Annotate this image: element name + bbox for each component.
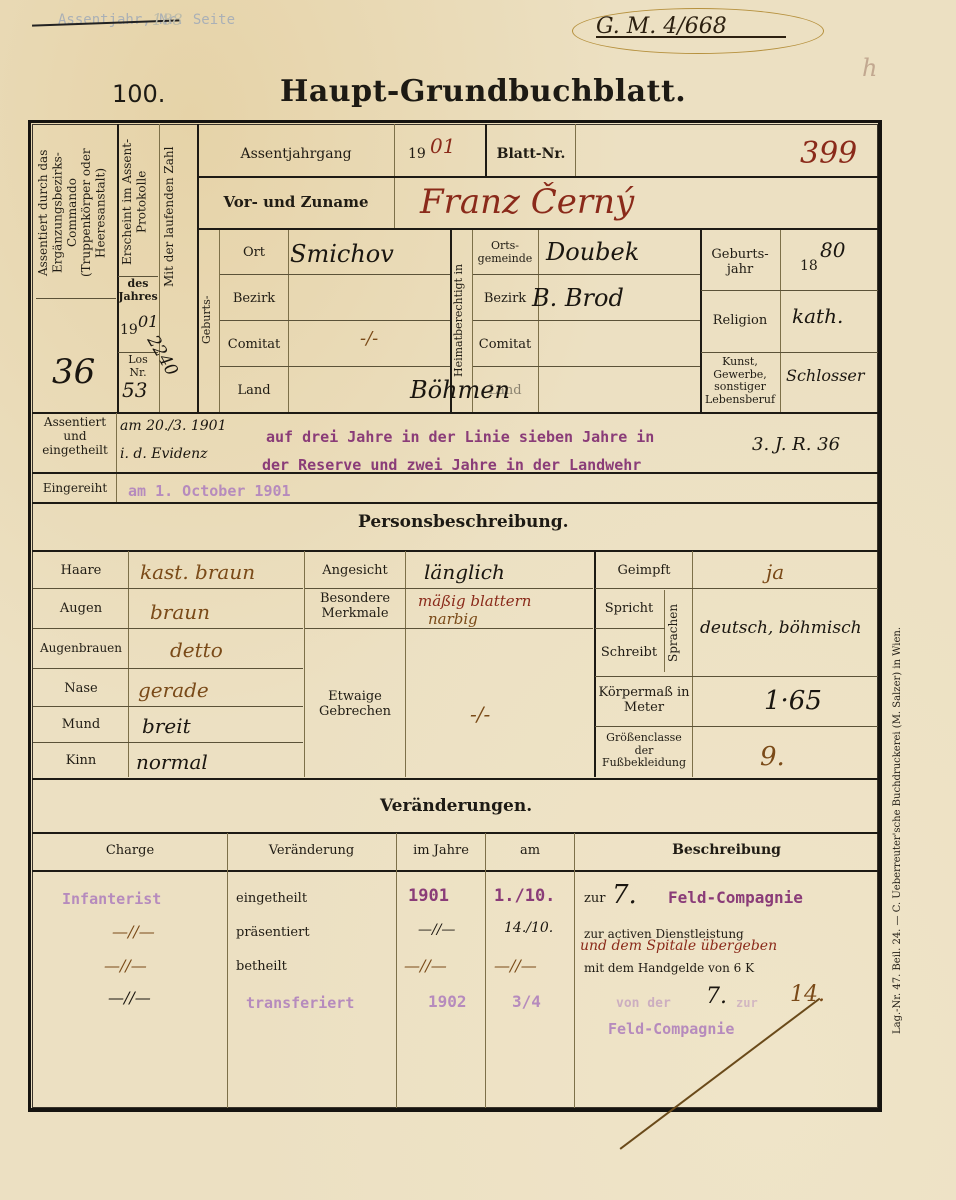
merkmale-value-line2: narbig <box>428 610 478 628</box>
assentiert-handwritten-line2: i. d. Evidenz <box>120 446 208 462</box>
groessenclasse-value: 9. <box>760 742 785 772</box>
des-jahres-label: des Jahres <box>118 278 158 303</box>
row3-beschreibung-prefix: mit dem Handgelde von 6 K <box>584 962 754 976</box>
printer-imprint: Lag.-Nr. 47. Beil. 24. — C. Ueberreuter'… <box>892 610 912 1050</box>
augenbrauen-value: detto <box>170 638 223 662</box>
augen-label: Augen <box>34 602 128 617</box>
eingereiht-label: Eingereiht <box>34 482 116 496</box>
des-jahres-value: 01 <box>138 312 158 331</box>
geburtsjahr-label: Geburts-jahr <box>702 248 778 278</box>
row4-beschreibung-hand: 7. <box>706 984 727 1009</box>
assentiert-handwritten-line1: am 20./3. 1901 <box>120 418 227 434</box>
angesicht-label: Angesicht <box>306 564 404 579</box>
assentjahrgang-value: 01 <box>430 134 455 158</box>
service-stamp-line1: auf drei Jahre in der Linie sieben Jahre… <box>266 428 654 446</box>
heimat-bezirk-value: B. Brod <box>532 284 624 312</box>
los-nr-value: 53 <box>122 378 147 402</box>
birth-comitat-value: -/- <box>360 328 378 349</box>
religion-label: Religion <box>702 314 778 329</box>
land-value: Böhmen <box>410 376 510 404</box>
heimat-comitat-label: Comitat <box>474 338 536 353</box>
merkmale-value-line1: mäßig blattern <box>418 592 531 610</box>
schreibt-label: Schreibt <box>596 646 662 661</box>
col-charge: Charge <box>34 844 226 859</box>
col-im-jahre: im Jahre <box>397 844 485 859</box>
beruf-value: Schlosser <box>786 366 865 385</box>
geimpft-value: ja <box>766 560 784 584</box>
assentiert-label: Assentiert und eingetheilt <box>34 416 116 457</box>
row3-veraenderung: betheilt <box>236 960 287 975</box>
row2-am: 14./10. <box>504 920 553 936</box>
heimat-ortsgemeinde-value: Doubek <box>546 238 639 266</box>
row2-jahr: —//— <box>418 922 455 938</box>
row4-beschreibung-hand2: 14. <box>790 982 825 1007</box>
augen-value: braun <box>150 600 210 624</box>
row4-jahr: 1902 <box>428 992 467 1011</box>
laufende-zahl-header: Mit der laufenden Zahl <box>162 132 194 302</box>
des-jahres-prefix: 19 <box>120 322 138 338</box>
sprachen-label: Sprachen <box>666 594 690 672</box>
nase-label: Nase <box>34 682 128 697</box>
row3-am: —//— <box>494 956 537 975</box>
page-title: Haupt-Grundbuchblatt. <box>280 74 686 109</box>
name-value: Franz Černý <box>420 182 634 222</box>
row1-beschreibung-prefix: zur <box>584 892 605 907</box>
name-label: Vor- und Zuname <box>200 194 392 211</box>
heimat-bezirk-label: Bezirk <box>474 292 536 307</box>
birth-ort-value: Smichov <box>290 240 394 268</box>
row4-am: 3/4 <box>512 992 541 1011</box>
merkmale-label: Besondere Merkmale <box>306 592 404 622</box>
groessenclasse-label: Größenclasse der Fußbekleidung <box>596 732 692 770</box>
birth-bezirk-label: Bezirk <box>222 292 286 307</box>
birth-ort-label: Ort <box>222 246 286 261</box>
mund-label: Mund <box>34 718 128 733</box>
row2-beschreibung-hand: und dem Spitale übergeben <box>580 938 777 954</box>
augenbrauen-label: Augenbrauen <box>34 642 128 656</box>
row3-charge: —//— <box>104 956 147 975</box>
row3-jahr: —//— <box>404 956 447 975</box>
heimat-ortsgemeinde-label: Orts-gemeinde <box>474 240 536 265</box>
assentjahrgang-prefix: 19 <box>408 146 426 162</box>
religion-value: kath. <box>792 304 843 328</box>
kinn-label: Kinn <box>34 754 128 769</box>
changes-title: Veränderungen. <box>380 796 532 816</box>
unit-value: 3. J. R. 36 <box>752 434 840 455</box>
spricht-label: Spricht <box>596 602 662 617</box>
mund-value: breit <box>142 714 191 738</box>
row4-charge: —//— <box>108 988 151 1007</box>
gebrechen-label: Etwaige Gebrechen <box>306 690 404 720</box>
row2-veraenderung: präsentiert <box>236 926 310 941</box>
row4-beschreibung-prefix: von der <box>616 996 671 1011</box>
description-title: Personsbeschreibung. <box>358 512 569 532</box>
strike-line <box>596 36 786 38</box>
row1-am: 1./10. <box>494 886 555 906</box>
col-beschreibung: Beschreibung <box>575 842 878 858</box>
row2-charge: —//— <box>112 922 155 941</box>
assentjahrgang-label: Assentjahrgang <box>200 146 392 162</box>
row1-beschreibung-hand: 7. <box>612 880 637 910</box>
haare-value: kast. braun <box>140 560 255 584</box>
birth-group-label: Geburts- <box>200 232 218 408</box>
row1-jahr: 1901 <box>408 886 449 906</box>
koerpermass-label: Körpermaß in Meter <box>596 686 692 716</box>
assentiert-durch-header: Assentiert durch das Ergänzungsbezirks-C… <box>36 132 116 294</box>
birth-comitat-label: Comitat <box>222 338 286 353</box>
haare-label: Haare <box>34 564 128 579</box>
blatt-nr-label: Blatt-Nr. <box>488 146 574 162</box>
eingereiht-value: am 1. October 1901 <box>128 482 291 500</box>
row1-veraenderung: eingetheilt <box>236 892 307 907</box>
geburtsjahr-prefix: 18 <box>800 258 818 274</box>
row1-charge: Infanterist <box>62 890 161 908</box>
sprachen-value: deutsch, böhmisch <box>700 618 862 638</box>
geburtsjahr-value: 80 <box>820 238 845 262</box>
col-veraenderung: Veränderung <box>228 844 395 859</box>
assentiert-durch-value: 36 <box>52 352 95 392</box>
kinn-value: normal <box>136 750 208 774</box>
blatt-nr-value: 399 <box>800 136 857 171</box>
beruf-label: Kunst, Gewerbe, sonstiger Lebensberuf <box>702 356 778 407</box>
koerpermass-value: 1·65 <box>764 686 822 716</box>
row4-veraenderung: transferiert <box>246 994 354 1012</box>
row1-beschreibung-stamp: Feld-Compagnie <box>668 888 803 907</box>
corner-mark: h <box>862 54 877 82</box>
row4-beschreibung-stamp2: Feld-Compagnie <box>608 1020 734 1038</box>
birth-land-label: Land <box>222 384 286 399</box>
top-reference-handwritten: 188 <box>152 10 183 29</box>
geimpft-label: Geimpft <box>596 564 692 579</box>
col-am: am <box>486 844 574 859</box>
angesicht-value: länglich <box>424 560 505 584</box>
page-number: 100. <box>112 80 165 108</box>
row4-beschreibung-stamp: zur <box>736 996 758 1010</box>
gebrechen-value: -/- <box>470 702 490 726</box>
erscheint-header: Erscheint im Assent-Protokolle <box>120 132 156 272</box>
nase-value: gerade <box>138 678 209 702</box>
